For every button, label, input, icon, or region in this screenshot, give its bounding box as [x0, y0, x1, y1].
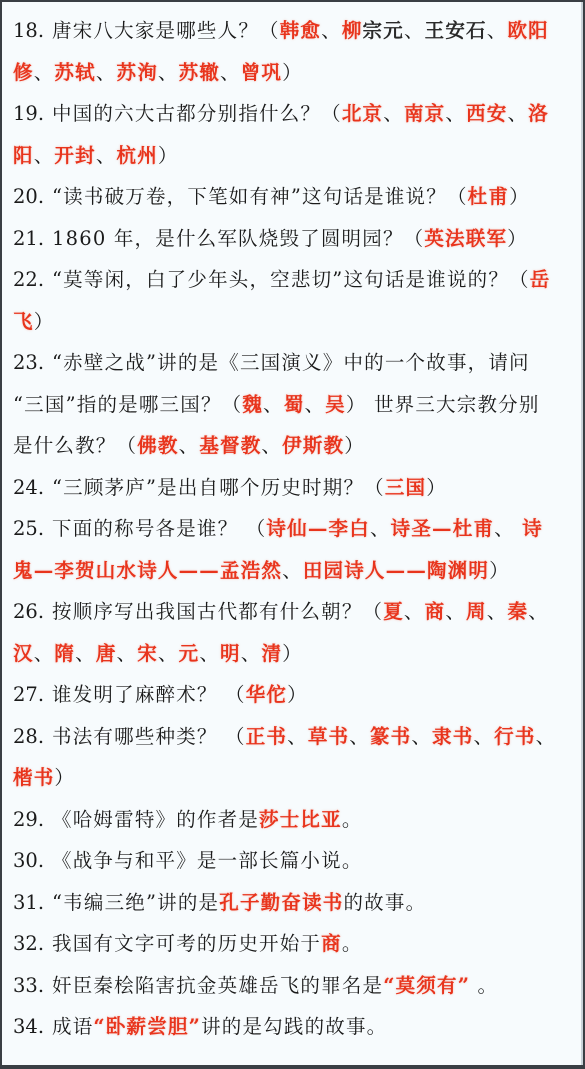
question-text: 、 — [199, 642, 220, 665]
text-line: 29.《哈姆雷特》的作者是莎士比亚。 — [13, 799, 575, 841]
question-text: 、 — [96, 144, 117, 167]
question-text: ） — [426, 476, 447, 499]
question-number: 20. — [13, 185, 44, 208]
question-text: ） — [287, 683, 308, 706]
question-text: 、 — [158, 642, 179, 665]
answer-text: 柳 — [342, 19, 363, 42]
question-text: 、 — [158, 61, 179, 84]
text-line: 是什么教？（佛教、基督教、伊斯教） — [13, 425, 575, 467]
answer-text: 三国 — [385, 476, 426, 499]
question-text: ） 世界三大宗教分别 — [346, 393, 540, 416]
question-text: 、 — [179, 434, 200, 457]
answer-text: 诗圣—杜甫 — [391, 517, 495, 540]
question-number: 26. — [13, 600, 44, 623]
question-text: 、 — [445, 102, 466, 125]
answer-text: 西安 — [466, 102, 507, 125]
answer-text: 汉 — [13, 642, 34, 665]
answer-text: 田园诗人——陶渊明 — [303, 559, 489, 582]
question-text: 下面的称号各是谁？ （ — [52, 517, 266, 540]
question-text: ） — [158, 144, 179, 167]
text-line: 汉、隋、唐、宋、元、明、清） — [13, 633, 575, 675]
answer-text: 阳 — [13, 144, 34, 167]
answer-text: 苏辙 — [179, 61, 220, 84]
question-text: 、 — [282, 559, 303, 582]
question-text: “赤壁之战”讲的是《三国演义》中的一个故事，请问 — [52, 351, 530, 374]
question-number: 25. — [13, 517, 44, 540]
question-text: “读书破万卷，下笔如有神”这句话是谁说？（ — [52, 185, 468, 208]
question-list: 18.唐宋八大家是哪些人？（韩愈、柳宗元、王安石、欧阳修、苏轼、苏洵、苏辙、曾巩… — [13, 10, 575, 1048]
question-text: ） — [34, 310, 55, 333]
answer-text: 宋 — [137, 642, 158, 665]
answer-text: 岳 — [530, 268, 551, 291]
text-line: 阳、开封、杭州） — [13, 135, 575, 177]
answer-text: 篆书 — [370, 725, 411, 748]
answer-text: 杜甫 — [468, 185, 509, 208]
answer-text: 元 — [179, 642, 200, 665]
answer-text: 魏 — [242, 393, 263, 416]
text-line: 22.“莫等闲，白了少年头，空悲切”这句话是谁说的？（岳 — [13, 259, 575, 301]
question-text: 、 — [404, 19, 425, 42]
question-number: 21. — [13, 227, 44, 250]
question-text: 、 — [507, 102, 528, 125]
text-line: “三国”指的是哪三国？（魏、蜀、吴） 世界三大宗教分别 — [13, 384, 575, 426]
question-text: 、 — [263, 393, 284, 416]
answer-text: 苏轼 — [54, 61, 95, 84]
text-line: 18.唐宋八大家是哪些人？（韩愈、柳宗元、王安石、欧阳 — [13, 10, 575, 52]
question-text: 《战争与和平》是一部长篇小说。 — [52, 849, 363, 872]
text-line: 20.“读书破万卷，下笔如有神”这句话是谁说？（杜甫） — [13, 176, 575, 218]
answer-text: 鬼—李贺山水诗人——孟浩然 — [13, 559, 282, 582]
answer-text: 杭州 — [117, 144, 158, 167]
question-text: 的故事。 — [343, 891, 426, 914]
question-text: 。 — [342, 808, 363, 831]
answer-text: 欧阳 — [507, 19, 548, 42]
text-line: 24.“三顾茅庐”是出自哪个历史时期？（三国） — [13, 467, 575, 509]
text-line: 33.奸臣秦桧陷害抗金英雄岳飞的罪名是“莫须有” 。 — [13, 965, 575, 1007]
question-text: “韦编三绝”讲的是 — [52, 891, 219, 914]
answer-text: 正书 — [246, 725, 287, 748]
question-text: 我国有文字可考的历史开始于 — [52, 932, 321, 955]
question-text: 按顺序写出我国古代都有什么朝？（ — [52, 600, 383, 623]
question-text: ） — [489, 559, 510, 582]
question-text: 、 — [445, 600, 466, 623]
text-line: 25.下面的称号各是谁？ （诗仙—李白、诗圣—杜甫、 诗 — [13, 508, 575, 550]
answer-text: “莫须有” — [383, 974, 470, 997]
answer-text: 华佗 — [246, 683, 287, 706]
answer-text: 诗仙—李白 — [266, 517, 370, 540]
question-number: 19. — [13, 102, 44, 125]
question-text: 、 — [349, 725, 370, 748]
question-number: 31. — [13, 891, 44, 914]
answer-text: 楷书 — [13, 766, 54, 789]
answer-text: 蜀 — [284, 393, 305, 416]
question-text: “三顾茅庐”是出自哪个历史时期？（ — [52, 476, 385, 499]
question-number: 29. — [13, 808, 44, 831]
answer-text: 苏洵 — [117, 61, 158, 84]
answer-text: 北京 — [342, 102, 383, 125]
question-text: 、 — [34, 642, 55, 665]
text-line: 楷书） — [13, 757, 575, 799]
question-text: 、 — [241, 642, 262, 665]
question-text: 、 — [494, 517, 522, 540]
answer-text: 草书 — [308, 725, 349, 748]
question-text: 、 — [261, 434, 282, 457]
answer-text: 曾巩 — [241, 61, 282, 84]
question-text: 、 — [411, 725, 432, 748]
question-text: 宗元 — [363, 19, 404, 42]
question-text: 、 — [96, 61, 117, 84]
answer-text: 明 — [220, 642, 241, 665]
answer-text: 秦 — [507, 600, 528, 623]
question-text: ） — [507, 227, 528, 250]
question-text: 中国的六大古都分别指什么？（ — [52, 102, 342, 125]
answer-text: 英法联军 — [424, 227, 507, 250]
question-text: 。 — [342, 932, 363, 955]
question-number: 24. — [13, 476, 44, 499]
answer-text: 洛 — [528, 102, 549, 125]
question-number: 23. — [13, 351, 44, 374]
text-line: 鬼—李贺山水诗人——孟浩然、田园诗人——陶渊明） — [13, 550, 575, 592]
text-line: 21.1860 年，是什么军队烧毁了圆明园？（英法联军） — [13, 218, 575, 260]
question-number: 32. — [13, 932, 44, 955]
question-text: 、 — [473, 725, 494, 748]
question-text: 书法有哪些种类？ （ — [52, 725, 246, 748]
question-text: ） — [282, 642, 303, 665]
question-text: ） — [282, 61, 303, 84]
answer-text: 诗 — [522, 517, 543, 540]
text-line: 19.中国的六大古都分别指什么？（北京、南京、西安、洛 — [13, 93, 575, 135]
question-text: 、 — [34, 61, 55, 84]
question-text: “莫等闲，白了少年头，空悲切”这句话是谁说的？（ — [52, 268, 530, 291]
answer-text: 佛教 — [137, 434, 178, 457]
question-text: ） — [344, 434, 365, 457]
question-number: 27. — [13, 683, 44, 706]
question-text: 、 — [487, 600, 508, 623]
question-text: 、 — [287, 725, 308, 748]
question-number: 34. — [13, 1015, 44, 1038]
text-line: 26.按顺序写出我国古代都有什么朝？（夏、商、周、秦、 — [13, 591, 575, 633]
question-text: ） — [509, 185, 530, 208]
answer-text: 伊斯教 — [282, 434, 344, 457]
question-text: 、 — [321, 19, 342, 42]
question-text: ） — [54, 766, 75, 789]
text-line: 27.谁发明了麻醉术？ （华佗） — [13, 674, 575, 716]
question-text: 是什么教？（ — [13, 434, 137, 457]
answer-text: 南京 — [404, 102, 445, 125]
document-page: 18.唐宋八大家是哪些人？（韩愈、柳宗元、王安石、欧阳修、苏轼、苏洵、苏辙、曾巩… — [2, 2, 583, 1065]
question-text: 王安石 — [425, 19, 487, 42]
answer-text: 飞 — [13, 310, 34, 333]
question-text: 。 — [470, 974, 498, 997]
answer-text: 行书 — [494, 725, 535, 748]
answer-text: 唐 — [96, 642, 117, 665]
question-text: 成语 — [52, 1015, 93, 1038]
answer-text: 隋 — [54, 642, 75, 665]
answer-text: 韩愈 — [280, 19, 321, 42]
answer-text: 吴 — [325, 393, 346, 416]
text-line: 飞） — [13, 301, 575, 343]
question-number: 28. — [13, 725, 44, 748]
question-text: 、 — [404, 600, 425, 623]
question-number: 30. — [13, 849, 44, 872]
question-text: 、 — [536, 725, 557, 748]
answer-text: 莎士比亚 — [259, 808, 342, 831]
text-line: 23.“赤壁之战”讲的是《三国演义》中的一个故事，请问 — [13, 342, 575, 384]
question-text: “三国”指的是哪三国？（ — [13, 393, 242, 416]
question-text: 、 — [487, 19, 508, 42]
question-text: 、 — [528, 600, 549, 623]
answer-text: 清 — [261, 642, 282, 665]
text-line: 修、苏轼、苏洵、苏辙、曾巩） — [13, 52, 575, 94]
question-text: 、 — [117, 642, 138, 665]
answer-text: 基督教 — [199, 434, 261, 457]
question-text: 谁发明了麻醉术？ （ — [52, 683, 246, 706]
question-text: 、 — [304, 393, 325, 416]
question-text: 、 — [220, 61, 241, 84]
question-text: 《哈姆雷特》的作者是 — [52, 808, 259, 831]
question-number: 33. — [13, 974, 44, 997]
text-line: 30.《战争与和平》是一部长篇小说。 — [13, 840, 575, 882]
answer-text: 商 — [321, 932, 342, 955]
question-text: 讲的是勾践的故事。 — [201, 1015, 387, 1038]
question-number: 18. — [13, 19, 44, 42]
text-line: 32.我国有文字可考的历史开始于商。 — [13, 923, 575, 965]
answer-text: 周 — [466, 600, 487, 623]
question-text: 、 — [370, 517, 391, 540]
answer-text: 孔子勤奋读书 — [219, 891, 343, 914]
answer-text: 商 — [425, 600, 446, 623]
answer-text: “卧薪尝胆” — [93, 1015, 201, 1038]
question-text: 奸臣秦桧陷害抗金英雄岳飞的罪名是 — [52, 974, 383, 997]
text-line: 34.成语“卧薪尝胆”讲的是勾践的故事。 — [13, 1006, 575, 1048]
question-number: 22. — [13, 268, 44, 291]
question-text: 、 — [34, 144, 55, 167]
question-text: 1860 年，是什么军队烧毁了圆明园？（ — [52, 227, 424, 250]
answer-text: 开封 — [54, 144, 95, 167]
answer-text: 修 — [13, 61, 34, 84]
answer-text: 隶书 — [432, 725, 473, 748]
answer-text: 夏 — [383, 600, 404, 623]
question-text: 、 — [75, 642, 96, 665]
text-line: 28.书法有哪些种类？ （正书、草书、篆书、隶书、行书、 — [13, 716, 575, 758]
question-text: 、 — [383, 102, 404, 125]
text-line: 31.“韦编三绝”讲的是孔子勤奋读书的故事。 — [13, 882, 575, 924]
question-text: 唐宋八大家是哪些人？（ — [52, 19, 280, 42]
